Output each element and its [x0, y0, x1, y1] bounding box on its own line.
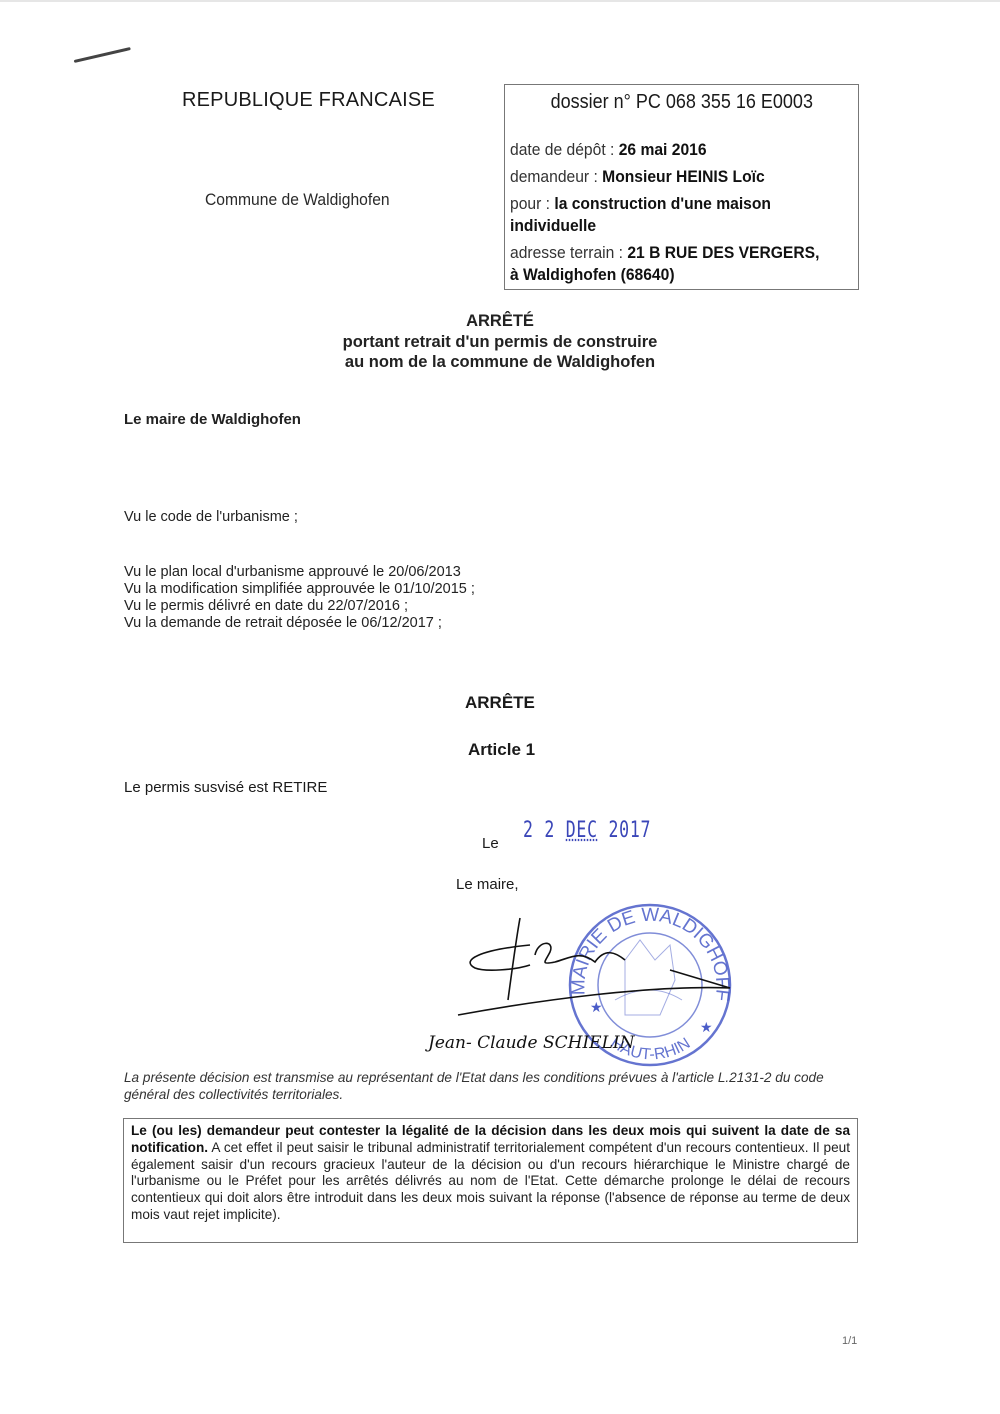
transmission-note: La présente décision est transmise au re…	[124, 1069, 864, 1103]
site-address: adresse terrain : 21 B RUE DES VERGERS, …	[510, 242, 827, 286]
signature-and-seal: MAIRIE DE WALDIGHOFFEN HAUT-RHIN ★ ★ Jea…	[420, 900, 780, 1070]
applicant: demandeur : Monsieur HEINIS Loïc	[510, 166, 827, 188]
page-number: 1/1	[842, 1335, 857, 1347]
vu-line: Vu le permis délivré en date du 22/07/20…	[124, 598, 475, 615]
appeal-notice-text: A cet effet il peut saisir le tribunal a…	[131, 1140, 850, 1222]
commune-name: Commune de Waldighofen	[205, 190, 390, 210]
article-text: Le permis susvisé est RETIRE	[124, 779, 327, 796]
decree-title: ARRÊTÉ portant retrait d'un permis de co…	[300, 311, 700, 373]
appeal-notice: Le (ou les) demandeur peut contester la …	[123, 1118, 858, 1243]
vu-list: Vu le plan local d'urbanisme approuvé le…	[124, 564, 475, 632]
page-edge	[0, 0, 1000, 2]
vu-line: Vu le plan local d'urbanisme approuvé le…	[124, 564, 475, 581]
decree-title-line: ARRÊTÉ	[300, 311, 700, 332]
dossier-box: dossier n° PC 068 355 16 E0003 date de d…	[504, 84, 859, 290]
decision-heading: ARRÊTE	[465, 693, 535, 713]
vu-code-urbanisme: Vu le code de l'urbanisme ;	[124, 509, 298, 526]
signer-name: Jean- Claude SCHIELIN	[425, 1033, 636, 1053]
dossier-number: dossier n° PC 068 355 16 E0003	[505, 91, 858, 114]
mayor-label: Le maire,	[456, 876, 519, 893]
decree-title-line: portant retrait d'un permis de construir…	[300, 332, 700, 353]
republic-heading: REPUBLIQUE FRANCAISE	[182, 89, 435, 112]
purpose: pour : la construction d'une maison indi…	[510, 193, 827, 237]
vu-line: Vu la modification simplifiée approuvée …	[124, 581, 475, 598]
decree-title-line: au nom de la commune de Waldighofen	[300, 352, 700, 373]
date-prefix: Le	[482, 835, 499, 852]
mayor-intro: Le maire de Waldighofen	[124, 411, 301, 428]
svg-text:★: ★	[590, 999, 603, 1015]
svg-text:★: ★	[700, 1019, 713, 1035]
article-heading: Article 1	[468, 740, 535, 760]
date-stamp: 2 2 DEC 2017	[523, 818, 651, 843]
deposit-date: date de dépôt : 26 mai 2016	[510, 139, 827, 161]
staple-mark	[74, 47, 131, 63]
vu-line: Vu la demande de retrait déposée le 06/1…	[124, 615, 475, 632]
